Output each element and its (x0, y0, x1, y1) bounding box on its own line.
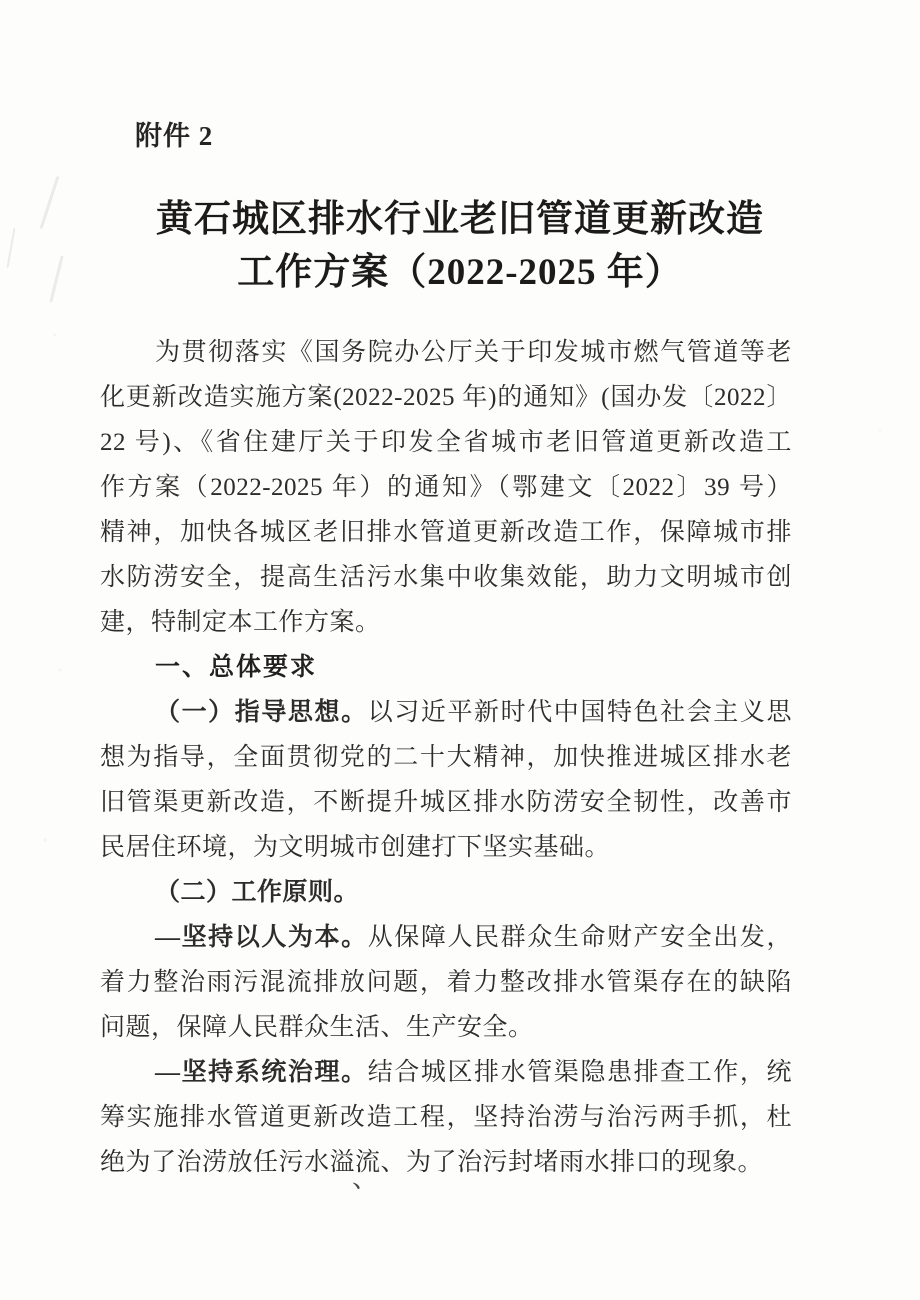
text-line: —坚持系统治理。结合城区排水管渠隐患排查工作，统 (100, 1050, 792, 1095)
document-body: 为贯彻落实《国务院办公厅关于印发城市燃气管道等老化更新改造实施方案(2022-2… (100, 330, 792, 1185)
paragraph-lead: （二）工作原则。 (155, 879, 359, 906)
document-title-line2: 工作方案（2022-2025 年） (0, 246, 920, 299)
text-line: 旧管渠更新改造，不断提升城区排水防涝安全韧性，改善市 (100, 780, 792, 825)
document-title-line1: 黄石城区排水行业老旧管道更新改造 (0, 193, 920, 246)
stray-ink-mark: 、 (352, 1158, 378, 1195)
text-line: 为贯彻落实《国务院办公厅关于印发城市燃气管道等老 (100, 330, 792, 375)
text-line: 绝为了治涝放任污水溢流、为了治污封堵雨水排口的现象。 (100, 1140, 792, 1185)
text-line: 着力整治雨污混流排放问题，着力整改排水管渠存在的缺陷 (100, 960, 792, 1005)
text-line: 问题，保障人民群众生活、生产安全。 (100, 1005, 792, 1050)
paragraph-lead: —坚持系统治理。 (155, 1059, 368, 1086)
text-line: 作方案（2022-2025 年）的通知》（鄂建文〔2022〕39 号） (100, 465, 792, 510)
text-line: 水防涝安全，提高生活污水集中收集效能，助力文明城市创 (100, 555, 792, 600)
scanned-document-page: 附件 2 黄石城区排水行业老旧管道更新改造 工作方案（2022-2025 年） … (0, 0, 920, 1300)
section-heading: 一、总体要求 (100, 645, 792, 690)
attachment-label: 附件 2 (135, 118, 213, 154)
text-line: —坚持以人为本。从保障人民群众生命财产安全出发， (100, 915, 792, 960)
document-title: 黄石城区排水行业老旧管道更新改造 工作方案（2022-2025 年） (0, 193, 920, 299)
paragraph-lead: （一）指导思想。 (155, 699, 368, 726)
text-line: （一）指导思想。以习近平新时代中国特色社会主义思 (100, 690, 792, 735)
text-line: 精神，加快各城区老旧排水管道更新改造工作，保障城市排 (100, 510, 792, 555)
text-line: （二）工作原则。 (100, 870, 792, 915)
paragraph-lead: —坚持以人为本。 (155, 924, 368, 951)
text-line: 筹实施排水管道更新改造工程，坚持治涝与治污两手抓，杜 (100, 1095, 792, 1140)
text-line: 想为指导，全面贯彻党的二十大精神，加快推进城区排水老 (100, 735, 792, 780)
text-line: 化更新改造实施方案(2022-2025 年)的通知》(国办发〔2022〕 (100, 375, 792, 420)
text-line: 建，特制定本工作方案。 (100, 600, 792, 645)
text-line: 22 号)、《省住建厅关于印发全省城市老旧管道更新改造工 (100, 420, 792, 465)
text-line: 民居住环境，为文明城市创建打下坚实基础。 (100, 825, 792, 870)
